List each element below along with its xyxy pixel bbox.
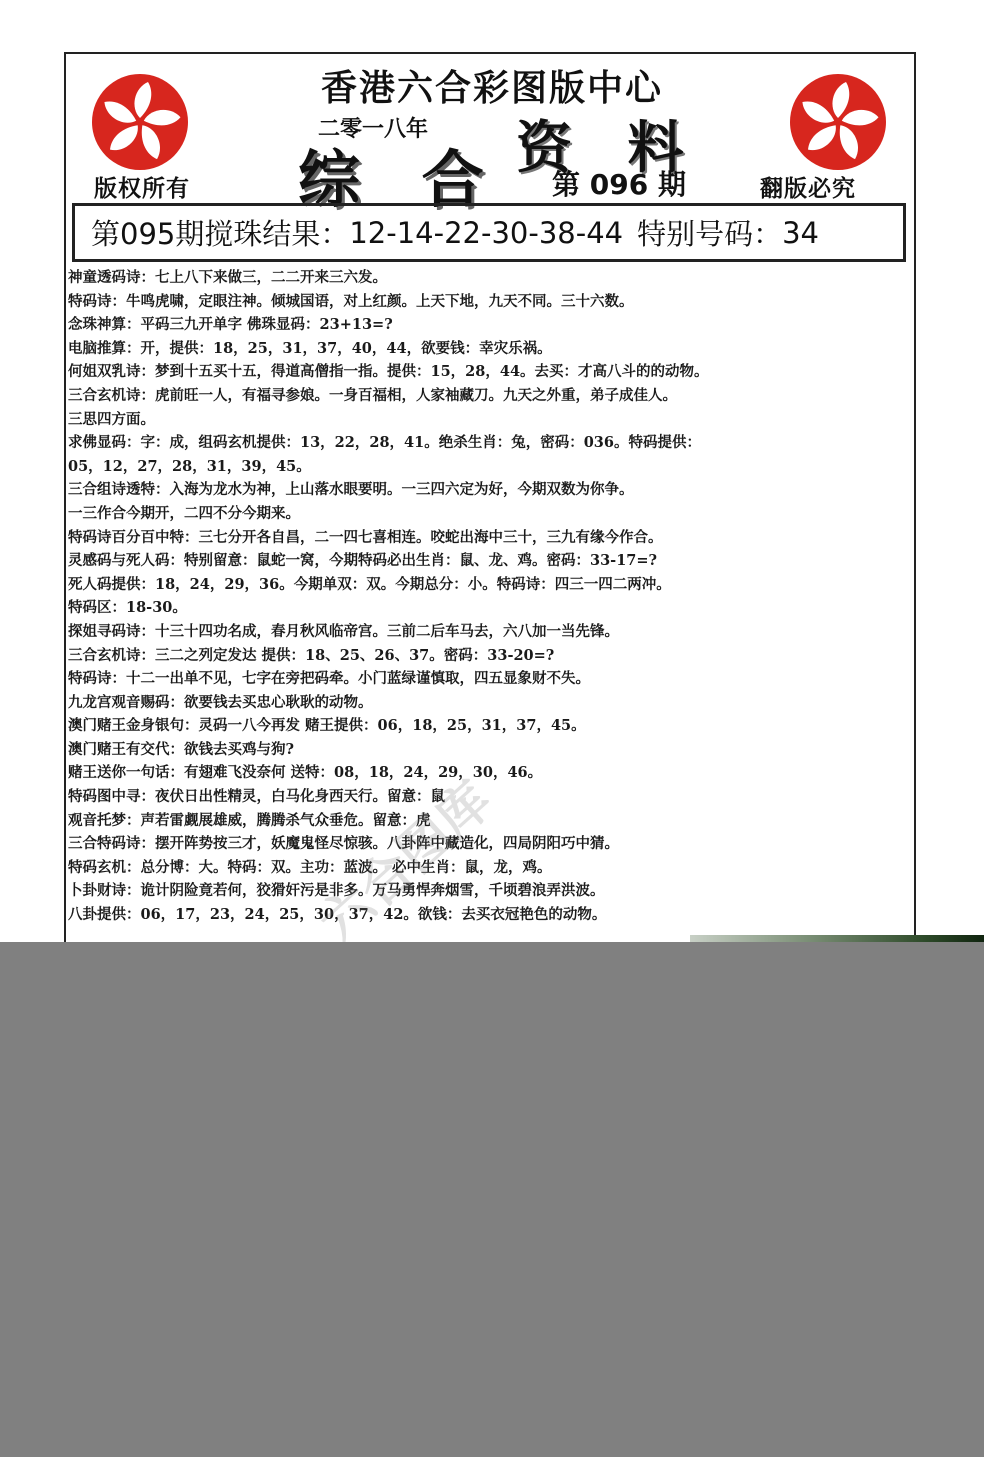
line-key: 死人码提供：: [68, 576, 155, 593]
line-value: 七上八下来做三，二二开来三六发。: [155, 269, 387, 286]
text-line: 05，12，27，28，31，39，45。: [68, 455, 914, 479]
text-line: 特码诗百分百中特：三七分开各自昌，二一四七喜相连。咬蛇出海中三十，三九有缘今作合…: [68, 526, 914, 550]
text-line: 三合玄机诗：虎前旺一人，有福寻参娘。一身百福相，人家袖藏刀。九天之外重，弟子成佳…: [68, 384, 914, 408]
text-line: 求佛显码：字：成，组码玄机提供：13，22，28，41。绝杀生肖：兔，密码：03…: [68, 431, 914, 455]
copyright-caption: 版权所有: [94, 170, 190, 203]
line-key: 澳门赌王金身银句：: [68, 717, 199, 734]
text-line: 何姐双乳诗：梦到十五买十五，得道高僧指一指。提供：15，28，44。去买：才高八…: [68, 360, 914, 384]
line-value: 字：成，组码玄机提供：13，22，28，41。绝杀生肖：兔，密码：036。特码提…: [141, 434, 701, 451]
line-key: 澳门赌王有交代：: [68, 741, 184, 758]
text-line: 卜卦财诗：诡计阴险竟若何，狡猾奸污是非多。万马勇悍奔烟雪，千顷碧浪弄洪波。: [68, 879, 914, 903]
line-key: 特码诗：: [68, 293, 126, 310]
line-key: 灵感码与死人码：: [68, 552, 184, 569]
line-value: 18，24，29，36。今期单双：双。今期总分：小。特码诗：四三一四二两冲。: [155, 576, 671, 593]
line-value: 声若雷觑展雄威，腾腾杀气众垂危。留意：虎: [141, 812, 431, 829]
line-key: 特码玄机：: [68, 859, 141, 876]
line-value: 入海为龙水为神，上山落水眼要明。一三四六定为好，今期双数为你争。: [170, 481, 634, 498]
line-key: 神童透码诗：: [68, 269, 155, 286]
line-key: 特码区：: [68, 599, 126, 616]
text-line: 三合组诗透特：入海为龙水为神，上山落水眼要明。一三四六定为好，今期双数为你争。: [68, 478, 914, 502]
line-key: 求佛显码：: [68, 434, 141, 451]
line-value: 牛鸣虎啸，定眼注神。倾城国语，对上红颜。上天下地，九天不同。三十六数。: [126, 293, 634, 310]
text-line: 念珠神算：平码三九开单字 佛珠显码：23+13=?: [68, 313, 914, 337]
text-line: 三思四方面。: [68, 408, 914, 432]
special-number: 34: [782, 216, 819, 250]
lottery-sheet: 版权所有 翻版必究 香港六合彩图版中心 二零一八年 资 料 综 合 第 096 …: [0, 0, 984, 942]
draw-result-box: 第095期搅珠结果： 12-14-22-30-38-44 特别号码： 34: [72, 203, 906, 262]
line-key: 何姐双乳诗：: [68, 363, 155, 380]
line-value: 有翅难飞没奈何 送特：08，18，24，29，30，46。: [184, 764, 542, 781]
issue-number: 第 096 期: [552, 163, 686, 203]
text-line: 九龙宫观音赐码：欲要钱去买忠心耿耿的动物。: [68, 691, 914, 715]
text-line: 澳门赌王有交代：欲钱去买鸡与狗?: [68, 738, 914, 762]
line-value: 三思四方面。: [68, 411, 155, 428]
text-line: 电脑推算：开，提供：18，25，31，37，40，44，欲要钱：幸灾乐祸。: [68, 337, 914, 361]
text-line: 澳门赌王金身银句：灵码一八今再发 赌王提供：06，18，25，31，37，45。: [68, 714, 914, 738]
text-line: 观音托梦：声若雷觑展雄威，腾腾杀气众垂危。留意：虎: [68, 809, 914, 833]
line-key: 特码图中寻：: [68, 788, 155, 805]
bauhinia-flower-icon: [790, 74, 886, 170]
gray-overlay: [0, 942, 984, 1457]
text-line: 三合玄机诗：三二之列定发达 提供：18、25、26、37。密码：33-20=?: [68, 644, 914, 668]
line-key: 三合特码诗：: [68, 835, 155, 852]
text-line: 一三作合今期开，二四不分今期来。: [68, 502, 914, 526]
line-key: 八卦提供：: [68, 906, 141, 923]
line-value: 06，17，23，24，25，30，37，42。欲钱：去买衣冠艳色的动物。: [141, 906, 607, 923]
line-value: 总分博：大。特码：双。主功：蓝波。 必中生肖：鼠，龙，鸡。: [141, 859, 552, 876]
line-value: 虎前旺一人，有福寻参娘。一身百福相，人家袖藏刀。九天之外重，弟子成佳人。: [155, 387, 677, 404]
line-value: 摆开阵势按三才，妖魔鬼怪尽惊骇。八卦阵中藏造化，四局阴阳巧中猜。: [155, 835, 619, 852]
line-key: 赌王送你一句话：: [68, 764, 184, 781]
line-value: 平码三九开单字 佛珠显码：23+13=?: [141, 316, 393, 333]
line-key: 三合组诗透特：: [68, 481, 170, 498]
text-line: 特码玄机：总分博：大。特码：双。主功：蓝波。 必中生肖：鼠，龙，鸡。: [68, 856, 914, 880]
line-key: 三合玄机诗：: [68, 387, 155, 404]
line-key: 九龙宫观音赐码：: [68, 694, 184, 711]
line-value: 梦到十五买十五，得道高僧指一指。提供：15，28，44。去买：才高八斗的的动物。: [155, 363, 709, 380]
line-value: 十三十四功名成，春月秋风临帝宫。三前二后车马去，六八加一当先锋。: [155, 623, 619, 640]
result-numbers: 12-14-22-30-38-44: [349, 216, 623, 250]
text-line: 灵感码与死人码：特别留意：鼠蛇一窝，今期特码必出生肖：鼠、龙、鸡。密码：33-1…: [68, 549, 914, 573]
line-key: 特码诗百分百中特：: [68, 529, 199, 546]
line-value: 特别留意：鼠蛇一窝，今期特码必出生肖：鼠、龙、鸡。密码：33-17=?: [184, 552, 657, 569]
line-value: 十二一出单不见，七字在旁把码牵。小门蓝绿谨慎取，四五显象财不失。: [126, 670, 590, 687]
line-value: 夜伏日出性精灵，白马化身西天行。留意：鼠: [155, 788, 445, 805]
line-value: 灵码一八今再发 赌王提供：06，18，25，31，37，45。: [199, 717, 586, 734]
line-value: 一三作合今期开，二四不分今期来。: [68, 505, 300, 522]
line-value: 诡计阴险竟若何，狡猾奸污是非多。万马勇悍奔烟雪，千顷碧浪弄洪波。: [141, 882, 605, 899]
text-line: 特码图中寻：夜伏日出性精灵，白马化身西天行。留意：鼠: [68, 785, 914, 809]
line-value: 欲钱去买鸡与狗?: [184, 741, 294, 758]
line-value: 欲要钱去买忠心耿耿的动物。: [184, 694, 373, 711]
line-key: 探姐寻码诗：: [68, 623, 155, 640]
line-key: 卜卦财诗：: [68, 882, 141, 899]
line-key: 观音托梦：: [68, 812, 141, 829]
line-value: 05，12，27，28，31，39，45。: [68, 458, 311, 475]
text-line: 三合特码诗：摆开阵势按三才，妖魔鬼怪尽惊骇。八卦阵中藏造化，四局阴阳巧中猜。: [68, 832, 914, 856]
text-line: 探姐寻码诗：十三十四功名成，春月秋风临帝宫。三前二后车马去，六八加一当先锋。: [68, 620, 914, 644]
line-key: 特码诗：: [68, 670, 126, 687]
special-number-label: 特别号码：: [637, 212, 782, 253]
text-line: 赌王送你一句话：有翅难飞没奈何 送特：08，18，24，29，30，46。: [68, 761, 914, 785]
text-line: 死人码提供：18，24，29，36。今期单双：双。今期总分：小。特码诗：四三一四…: [68, 573, 914, 597]
content-lines: 神童透码诗：七上八下来做三，二二开来三六发。 特码诗：牛鸣虎啸，定眼注神。倾城国…: [68, 266, 914, 927]
result-prefix: 第095期搅珠结果：: [91, 212, 349, 253]
text-line: 特码区：18-30。: [68, 596, 914, 620]
line-value: 三七分开各自昌，二一四七喜相连。咬蛇出海中三十，三九有缘今作合。: [199, 529, 663, 546]
text-line: 八卦提供：06，17，23，24，25，30，37，42。欲钱：去买衣冠艳色的动…: [68, 903, 914, 927]
line-key: 念珠神算：: [68, 316, 141, 333]
line-value: 三二之列定发达 提供：18、25、26、37。密码：33-20=?: [155, 647, 554, 664]
line-key: 电脑推算：: [68, 340, 141, 357]
bauhinia-flower-icon: [92, 74, 188, 170]
text-line: 特码诗：十二一出单不见，七字在旁把码牵。小门蓝绿谨慎取，四五显象财不失。: [68, 667, 914, 691]
text-line: 神童透码诗：七上八下来做三，二二开来三六发。: [68, 266, 914, 290]
line-value: 18-30。: [126, 599, 187, 616]
line-key: 三合玄机诗：: [68, 647, 155, 664]
text-line: 特码诗：牛鸣虎啸，定眼注神。倾城国语，对上红颜。上天下地，九天不同。三十六数。: [68, 290, 914, 314]
line-value: 开，提供：18，25，31，37，40，44，欲要钱：幸灾乐祸。: [141, 340, 552, 357]
no-reprint-caption: 翻版必究: [760, 170, 856, 203]
